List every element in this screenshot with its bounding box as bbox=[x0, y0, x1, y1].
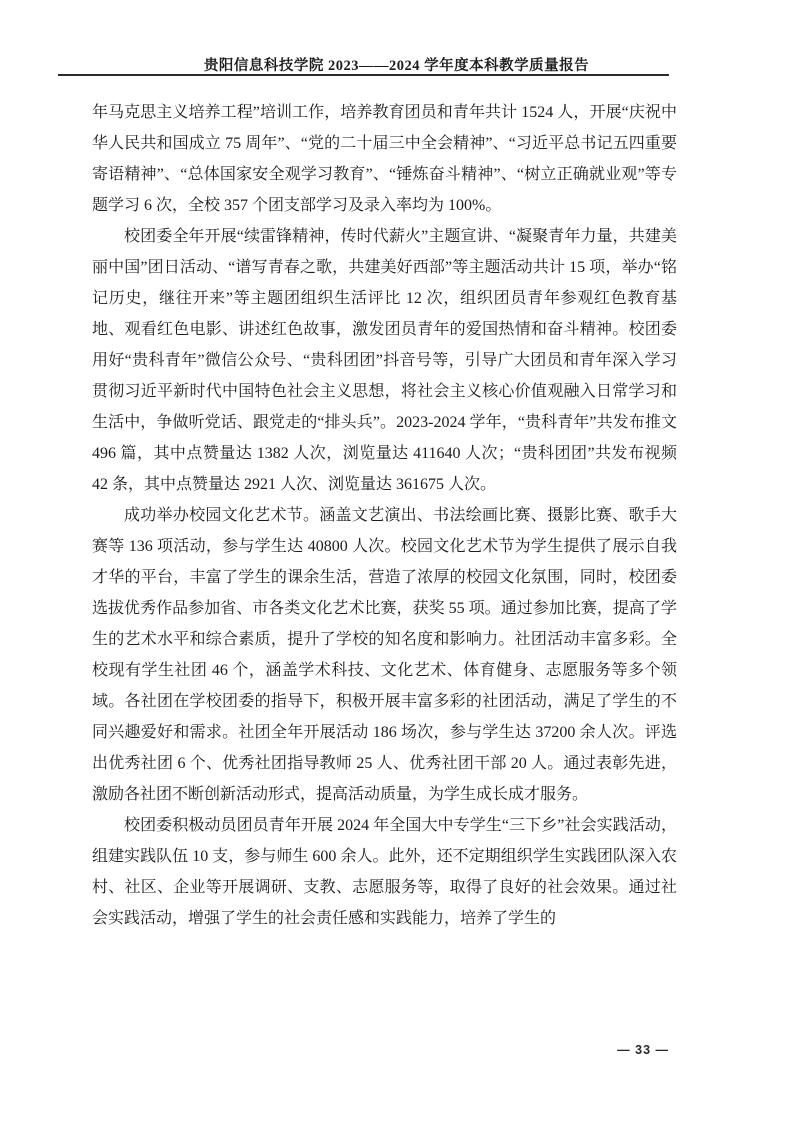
body-paragraph-continuation: 年马克思主义培养工程”培训工作，培养教育团员和青年共计 1524 人，开展“庆祝… bbox=[92, 97, 677, 221]
body-paragraph: 成功举办校园文化艺术节。涵盖文艺演出、书法绘画比赛、摄影比赛、歌手大赛等 136… bbox=[92, 500, 677, 810]
header-rule bbox=[58, 74, 669, 76]
document-body: 年马克思主义培养工程”培训工作，培养教育团员和青年共计 1524 人，开展“庆祝… bbox=[92, 97, 677, 934]
document-page: 贵阳信息科技学院 2023——2024 学年度本科教学质量报告 年马克思主义培养… bbox=[0, 0, 793, 1122]
page-header-title: 贵阳信息科技学院 2023——2024 学年度本科教学质量报告 bbox=[0, 54, 793, 75]
body-paragraph: 校团委全年开展“续雷锋精神，传时代薪火”主题宣讲、“凝聚青年力量，共建美丽中国”… bbox=[92, 221, 677, 500]
body-paragraph: 校团委积极动员团员青年开展 2024 年全国大中专学生“三下乡”社会实践活动，组… bbox=[92, 810, 677, 934]
page-number: — 33 — bbox=[617, 1043, 669, 1057]
